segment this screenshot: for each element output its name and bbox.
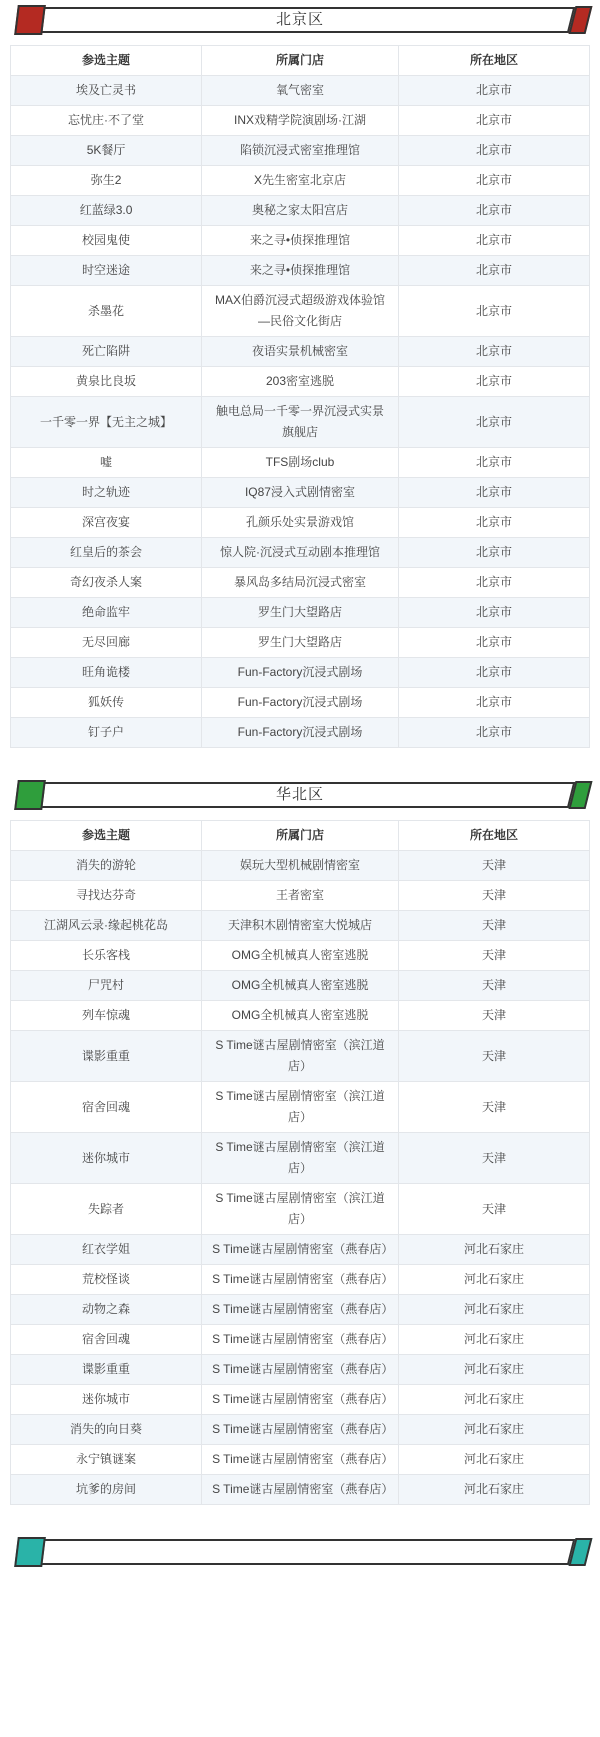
- huabei-banner: 华北区: [8, 780, 592, 810]
- partial-next-banner: [8, 1537, 592, 1567]
- page: 北京区 参选主题所属门店所在地区 埃及亡灵书氧气密室北京市忘忧庄·不了堂INX戏…: [0, 0, 600, 1737]
- column-header: 所在地区: [398, 821, 589, 851]
- table-row: 深宫夜宴孔颜乐处实景游戏馆北京市: [11, 508, 590, 538]
- store-cell: S Time谜古屋剧情密室（燕春店）: [202, 1235, 399, 1265]
- region-cell: 北京市: [398, 136, 589, 166]
- region-cell: 北京市: [398, 76, 589, 106]
- banner-band: [21, 1539, 575, 1565]
- theme-cell: 迷你城市: [11, 1133, 202, 1184]
- theme-cell: 红衣学姐: [11, 1235, 202, 1265]
- store-cell: S Time谜古屋剧情密室（燕春店）: [202, 1295, 399, 1325]
- region-cell: 北京市: [398, 337, 589, 367]
- table-row: 一千零一界【无主之城】触电总局一千零一界沉浸式实景旗舰店北京市: [11, 397, 590, 448]
- table-row: 永宁镇谜案S Time谜古屋剧情密室（燕春店）河北石家庄: [11, 1445, 590, 1475]
- table-row: 宿舍回魂S Time谜古屋剧情密室（滨江道店）天津: [11, 1082, 590, 1133]
- region-cell: 北京市: [398, 226, 589, 256]
- store-cell: S Time谜古屋剧情密室（燕春店）: [202, 1415, 399, 1445]
- store-cell: 王者密室: [202, 881, 399, 911]
- region-cell: 河北石家庄: [398, 1235, 589, 1265]
- theme-cell: 旺角诡楼: [11, 658, 202, 688]
- banner-left-accent-shape: [14, 1537, 46, 1567]
- theme-cell: 无尽回廊: [11, 628, 202, 658]
- table-row: 列车惊魂OMG全机械真人密室逃脱天津: [11, 1001, 590, 1031]
- theme-cell: 消失的游轮: [11, 851, 202, 881]
- store-cell: 夜语实景机械密室: [202, 337, 399, 367]
- theme-cell: 坑爹的房间: [11, 1475, 202, 1505]
- store-cell: 暴风岛多结局沉浸式密室: [202, 568, 399, 598]
- table-row: 动物之森S Time谜古屋剧情密室（燕春店）河北石家庄: [11, 1295, 590, 1325]
- column-header: 参选主题: [11, 821, 202, 851]
- table-row: 死亡陷阱夜语实景机械密室北京市: [11, 337, 590, 367]
- store-cell: S Time谜古屋剧情密室（滨江道店）: [202, 1133, 399, 1184]
- store-cell: 孔颜乐处实景游戏馆: [202, 508, 399, 538]
- table-row: 谍影重重S Time谜古屋剧情密室（滨江道店）天津: [11, 1031, 590, 1082]
- table-row: 红衣学姐S Time谜古屋剧情密室（燕春店）河北石家庄: [11, 1235, 590, 1265]
- table-row: 旺角诡楼Fun-Factory沉浸式剧场北京市: [11, 658, 590, 688]
- table-row: 嘘TFS剧场club北京市: [11, 448, 590, 478]
- table-row: 失踪者S Time谜古屋剧情密室（滨江道店）天津: [11, 1184, 590, 1235]
- store-cell: Fun-Factory沉浸式剧场: [202, 658, 399, 688]
- table-row: 埃及亡灵书氧气密室北京市: [11, 76, 590, 106]
- table-row: 红蓝绿3.0奥秘之家太阳宫店北京市: [11, 196, 590, 226]
- theme-cell: 动物之森: [11, 1295, 202, 1325]
- store-cell: IQ87浸入式剧情密室: [202, 478, 399, 508]
- store-cell: MAX伯爵沉浸式超级游戏体验馆—民俗文化街店: [202, 286, 399, 337]
- table-row: 江湖风云录·缘起桃花岛天津积木剧情密室大悦城店天津: [11, 911, 590, 941]
- column-header: 所在地区: [398, 46, 589, 76]
- region-cell: 天津: [398, 941, 589, 971]
- table-row: 杀墨花MAX伯爵沉浸式超级游戏体验馆—民俗文化街店北京市: [11, 286, 590, 337]
- table-row: 消失的向日葵S Time谜古屋剧情密室（燕春店）河北石家庄: [11, 1415, 590, 1445]
- theme-cell: 江湖风云录·缘起桃花岛: [11, 911, 202, 941]
- store-cell: S Time谜古屋剧情密室（滨江道店）: [202, 1082, 399, 1133]
- theme-cell: 嘘: [11, 448, 202, 478]
- region-cell: 北京市: [398, 688, 589, 718]
- region-cell: 北京市: [398, 568, 589, 598]
- theme-cell: 一千零一界【无主之城】: [11, 397, 202, 448]
- theme-cell: 绝命监牢: [11, 598, 202, 628]
- region-cell: 河北石家庄: [398, 1475, 589, 1505]
- region-cell: 北京市: [398, 658, 589, 688]
- store-cell: S Time谜古屋剧情密室（燕春店）: [202, 1475, 399, 1505]
- region-cell: 河北石家庄: [398, 1325, 589, 1355]
- theme-cell: 钉子户: [11, 718, 202, 748]
- store-cell: OMG全机械真人密室逃脱: [202, 1001, 399, 1031]
- table-row: 荒校怪谈S Time谜古屋剧情密室（燕春店）河北石家庄: [11, 1265, 590, 1295]
- theme-cell: 杀墨花: [11, 286, 202, 337]
- table-row: 无尽回廊罗生门大望路店北京市: [11, 628, 590, 658]
- store-cell: 203密室逃脱: [202, 367, 399, 397]
- theme-cell: 宿舍回魂: [11, 1082, 202, 1133]
- store-cell: OMG全机械真人密室逃脱: [202, 941, 399, 971]
- region-cell: 北京市: [398, 448, 589, 478]
- table-row: 钉子户Fun-Factory沉浸式剧场北京市: [11, 718, 590, 748]
- table-row: 迷你城市S Time谜古屋剧情密室（滨江道店）天津: [11, 1133, 590, 1184]
- store-cell: 娱玩大型机械剧情密室: [202, 851, 399, 881]
- column-header: 所属门店: [202, 821, 399, 851]
- store-cell: OMG全机械真人密室逃脱: [202, 971, 399, 1001]
- table-row: 尸咒村OMG全机械真人密室逃脱天津: [11, 971, 590, 1001]
- store-cell: 罗生门大望路店: [202, 598, 399, 628]
- store-cell: S Time谜古屋剧情密室（燕春店）: [202, 1355, 399, 1385]
- store-cell: S Time谜古屋剧情密室（滨江道店）: [202, 1031, 399, 1082]
- table-row: 狐妖传Fun-Factory沉浸式剧场北京市: [11, 688, 590, 718]
- theme-cell: 红皇后的茶会: [11, 538, 202, 568]
- store-cell: INX戏精学院演剧场·江湖: [202, 106, 399, 136]
- theme-cell: 列车惊魂: [11, 1001, 202, 1031]
- theme-cell: 宿舍回魂: [11, 1325, 202, 1355]
- region-cell: 天津: [398, 851, 589, 881]
- table-row: 黄泉比良坂203密室逃脱北京市: [11, 367, 590, 397]
- store-cell: 氧气密室: [202, 76, 399, 106]
- store-cell: S Time谜古屋剧情密室（燕春店）: [202, 1265, 399, 1295]
- theme-cell: 死亡陷阱: [11, 337, 202, 367]
- table-row: 迷你城市S Time谜古屋剧情密室（燕春店）河北石家庄: [11, 1385, 590, 1415]
- region-cell: 北京市: [398, 478, 589, 508]
- region-cell: 北京市: [398, 538, 589, 568]
- theme-cell: 谍影重重: [11, 1355, 202, 1385]
- store-cell: 来之寻•侦探推理馆: [202, 256, 399, 286]
- theme-cell: 深宫夜宴: [11, 508, 202, 538]
- table-row: 消失的游轮娱玩大型机械剧情密室天津: [11, 851, 590, 881]
- region-cell: 天津: [398, 1133, 589, 1184]
- region-cell: 天津: [398, 1031, 589, 1082]
- store-cell: X先生密室北京店: [202, 166, 399, 196]
- theme-cell: 失踪者: [11, 1184, 202, 1235]
- theme-cell: 尸咒村: [11, 971, 202, 1001]
- region-cell: 北京市: [398, 628, 589, 658]
- theme-cell: 寻找达芬奇: [11, 881, 202, 911]
- region-cell: 天津: [398, 1184, 589, 1235]
- table-row: 奇幻夜杀人案暴风岛多结局沉浸式密室北京市: [11, 568, 590, 598]
- table-row: 谍影重重S Time谜古屋剧情密室（燕春店）河北石家庄: [11, 1355, 590, 1385]
- theme-cell: 奇幻夜杀人案: [11, 568, 202, 598]
- theme-cell: 时空迷途: [11, 256, 202, 286]
- region-cell: 北京市: [398, 196, 589, 226]
- store-cell: Fun-Factory沉浸式剧场: [202, 718, 399, 748]
- region-cell: 河北石家庄: [398, 1295, 589, 1325]
- theme-cell: 5K餐厅: [11, 136, 202, 166]
- region-cell: 天津: [398, 1001, 589, 1031]
- store-cell: Fun-Factory沉浸式剧场: [202, 688, 399, 718]
- theme-cell: 红蓝绿3.0: [11, 196, 202, 226]
- section-huabei: 华北区 参选主题所属门店所在地区 消失的游轮娱玩大型机械剧情密室天津寻找达芬奇王…: [0, 780, 600, 1505]
- table-row: 5K餐厅陷锁沉浸式密室推理馆北京市: [11, 136, 590, 166]
- table-row: 红皇后的茶会惊人院·沉浸式互动剧本推理馆北京市: [11, 538, 590, 568]
- table-row: 时之轨迹IQ87浸入式剧情密室北京市: [11, 478, 590, 508]
- region-cell: 北京市: [398, 367, 589, 397]
- store-cell: 触电总局一千零一界沉浸式实景旗舰店: [202, 397, 399, 448]
- store-cell: 奥秘之家太阳宫店: [202, 196, 399, 226]
- table-row: 校园鬼使来之寻•侦探推理馆北京市: [11, 226, 590, 256]
- store-cell: 陷锁沉浸式密室推理馆: [202, 136, 399, 166]
- region-cell: 河北石家庄: [398, 1385, 589, 1415]
- table-row: 长乐客栈OMG全机械真人密室逃脱天津: [11, 941, 590, 971]
- table-header-row: 参选主题所属门店所在地区: [11, 46, 590, 76]
- store-cell: 惊人院·沉浸式互动剧本推理馆: [202, 538, 399, 568]
- store-cell: S Time谜古屋剧情密室（滨江道店）: [202, 1184, 399, 1235]
- beijing-theme-table: 参选主题所属门店所在地区 埃及亡灵书氧气密室北京市忘忧庄·不了堂INX戏精学院演…: [10, 45, 590, 748]
- theme-cell: 狐妖传: [11, 688, 202, 718]
- store-cell: 天津积木剧情密室大悦城店: [202, 911, 399, 941]
- store-cell: TFS剧场club: [202, 448, 399, 478]
- region-cell: 北京市: [398, 106, 589, 136]
- region-cell: 河北石家庄: [398, 1265, 589, 1295]
- store-cell: 来之寻•侦探推理馆: [202, 226, 399, 256]
- theme-cell: 迷你城市: [11, 1385, 202, 1415]
- theme-cell: 弥生2: [11, 166, 202, 196]
- table-row: 宿舍回魂S Time谜古屋剧情密室（燕春店）河北石家庄: [11, 1325, 590, 1355]
- table-row: 坑爹的房间S Time谜古屋剧情密室（燕春店）河北石家庄: [11, 1475, 590, 1505]
- theme-cell: 黄泉比良坂: [11, 367, 202, 397]
- theme-cell: 消失的向日葵: [11, 1415, 202, 1445]
- region-cell: 天津: [398, 1082, 589, 1133]
- table-row: 时空迷途来之寻•侦探推理馆北京市: [11, 256, 590, 286]
- region-cell: 天津: [398, 881, 589, 911]
- table-row: 忘忧庄·不了堂INX戏精学院演剧场·江湖北京市: [11, 106, 590, 136]
- region-cell: 北京市: [398, 718, 589, 748]
- theme-cell: 荒校怪谈: [11, 1265, 202, 1295]
- store-cell: S Time谜古屋剧情密室（燕春店）: [202, 1325, 399, 1355]
- region-cell: 北京市: [398, 166, 589, 196]
- theme-cell: 校园鬼使: [11, 226, 202, 256]
- section-beijing: 北京区 参选主题所属门店所在地区 埃及亡灵书氧气密室北京市忘忧庄·不了堂INX戏…: [0, 5, 600, 748]
- store-cell: S Time谜古屋剧情密室（燕春店）: [202, 1445, 399, 1475]
- table-row: 弥生2X先生密室北京店北京市: [11, 166, 590, 196]
- table-row: 寻找达芬奇王者密室天津: [11, 881, 590, 911]
- store-cell: S Time谜古屋剧情密室（燕春店）: [202, 1385, 399, 1415]
- region-cell: 北京市: [398, 256, 589, 286]
- theme-cell: 忘忧庄·不了堂: [11, 106, 202, 136]
- theme-cell: 时之轨迹: [11, 478, 202, 508]
- theme-cell: 永宁镇谜案: [11, 1445, 202, 1475]
- section-title: 北京区: [8, 5, 592, 35]
- region-cell: 河北石家庄: [398, 1445, 589, 1475]
- region-cell: 天津: [398, 911, 589, 941]
- table-row: 绝命监牢罗生门大望路店北京市: [11, 598, 590, 628]
- beijing-banner: 北京区: [8, 5, 592, 35]
- theme-cell: 埃及亡灵书: [11, 76, 202, 106]
- region-cell: 北京市: [398, 397, 589, 448]
- column-header: 所属门店: [202, 46, 399, 76]
- section-title: 华北区: [8, 780, 592, 810]
- region-cell: 北京市: [398, 598, 589, 628]
- region-cell: 北京市: [398, 286, 589, 337]
- column-header: 参选主题: [11, 46, 202, 76]
- theme-cell: 长乐客栈: [11, 941, 202, 971]
- region-cell: 河北石家庄: [398, 1415, 589, 1445]
- theme-cell: 谍影重重: [11, 1031, 202, 1082]
- region-cell: 天津: [398, 971, 589, 1001]
- region-cell: 北京市: [398, 508, 589, 538]
- huabei-theme-table: 参选主题所属门店所在地区 消失的游轮娱玩大型机械剧情密室天津寻找达芬奇王者密室天…: [10, 820, 590, 1505]
- table-header-row: 参选主题所属门店所在地区: [11, 821, 590, 851]
- store-cell: 罗生门大望路店: [202, 628, 399, 658]
- region-cell: 河北石家庄: [398, 1355, 589, 1385]
